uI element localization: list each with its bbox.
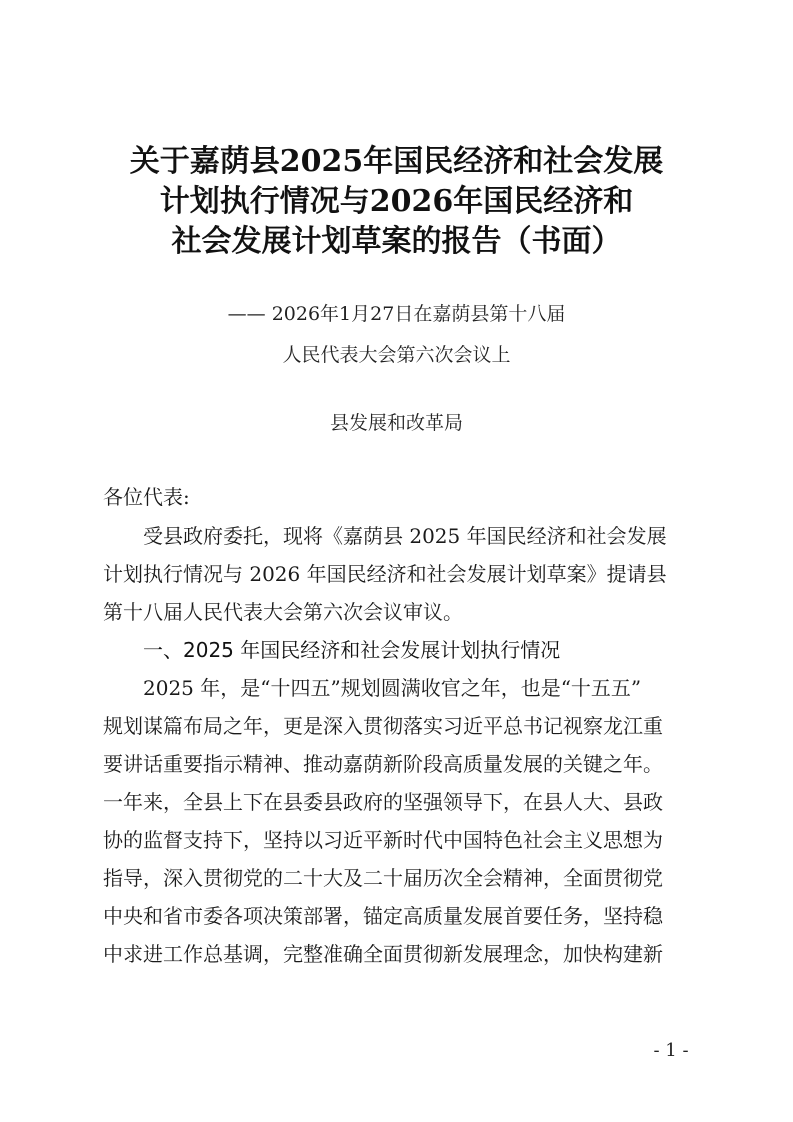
body-line: 指导，深入贯彻党的二十大及二十届历次全会精神，全面贯彻党 bbox=[103, 863, 663, 893]
document-body: 各位代表: 受县政府委托，现将《嘉荫县 2025 年国民经济和社会发展 计划执行… bbox=[103, 0, 715, 1122]
body-line: 第十八届人民代表大会第六次会议审议。 bbox=[103, 597, 463, 627]
salutation: 各位代表: bbox=[103, 482, 190, 512]
body-line: 中央和省市委各项决策部署，锚定高质量发展首要任务，坚持稳 bbox=[103, 901, 663, 931]
body-line: 受县政府委托，现将《嘉荫县 2025 年国民经济和社会发展 bbox=[143, 521, 667, 551]
body-line: 2025 年，是“十四五”规划圆满收官之年，也是“十五五” bbox=[143, 673, 641, 703]
document-page: 关于嘉荫县2025年国民经济和社会发展 计划执行情况与2026年国民经济和 社会… bbox=[0, 0, 793, 1122]
body-line: 计划执行情况与 2026 年国民经济和社会发展计划草案》提请县 bbox=[103, 559, 667, 589]
body-line: 中求进工作总基调，完整准确全面贯彻新发展理念，加快构建新 bbox=[103, 939, 663, 969]
body-line: 协的监督支持下，坚持以习近平新时代中国特色社会主义思想为 bbox=[103, 825, 663, 855]
page-number: - 1 - bbox=[641, 1040, 701, 1061]
body-line: 要讲话重要指示精神、推动嘉荫新阶段高质量发展的关键之年。 bbox=[103, 749, 663, 779]
body-line: 规划谋篇布局之年，更是深入贯彻落实习近平总书记视察龙江重 bbox=[103, 711, 663, 741]
body-line: 一年来，全县上下在县委县政府的坚强领导下，在县人大、县政 bbox=[103, 787, 663, 817]
section-heading: 一、2025 年国民经济和社会发展计划执行情况 bbox=[143, 635, 560, 665]
